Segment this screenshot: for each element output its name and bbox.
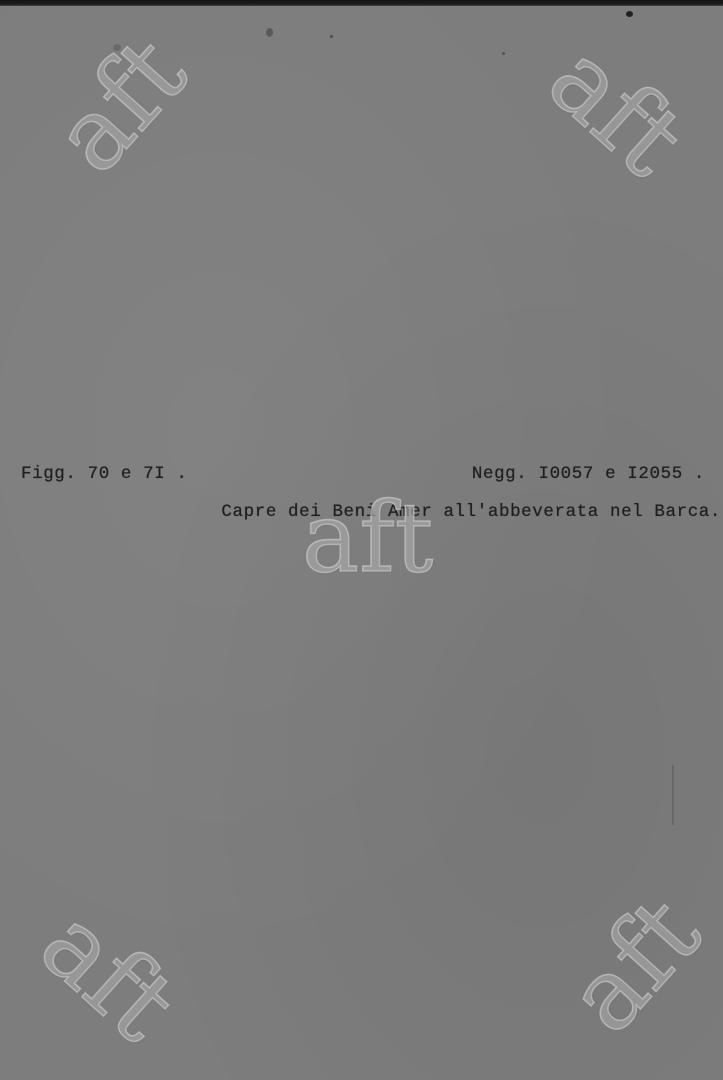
photo-caption: Capre dei Beni Amer all'abbeverata nel B… bbox=[221, 502, 721, 522]
figure-reference: Figg. 70 e 7I . bbox=[21, 464, 188, 484]
negative-reference: Negg. I0057 e I2055 . bbox=[472, 464, 705, 484]
dust-speck bbox=[330, 35, 333, 38]
watermark-bottom-left: aft bbox=[24, 892, 193, 1058]
dust-speck bbox=[502, 52, 505, 55]
watermark-top-left: aft bbox=[37, 21, 203, 190]
dust-speck bbox=[266, 28, 273, 37]
scan-top-edge bbox=[0, 0, 723, 6]
dust-speck bbox=[626, 11, 633, 17]
watermark-bottom-right: aft bbox=[551, 881, 717, 1050]
watermark-top-right: aft bbox=[532, 27, 701, 193]
watermark-center: aft bbox=[302, 490, 433, 586]
paper-mark bbox=[672, 765, 674, 825]
